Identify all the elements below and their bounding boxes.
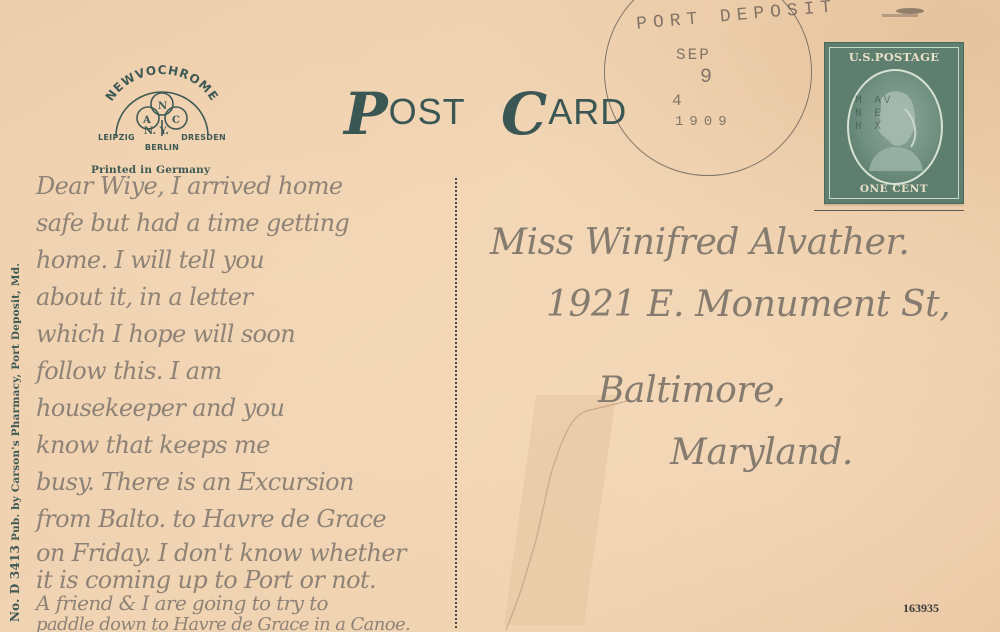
message-line: Dear Wiye, I arrived home [36, 168, 461, 205]
city-right: DRESDEN [181, 133, 226, 142]
handwritten-message: Dear Wiye, I arrived home safe but had a… [36, 168, 461, 632]
postmark-time: 4 [672, 92, 690, 110]
postmark-day: 9 [700, 66, 712, 89]
svg-text:A: A [142, 115, 151, 126]
message-line: follow this. I am [36, 353, 461, 390]
postcard-back: NEWVOCHROME N A C N. Y. LEIPZIG DRESDEN … [0, 0, 1000, 632]
message-line: which I hope will soon [36, 316, 461, 353]
svg-text:NEWVOCHROME: NEWVOCHROME [103, 64, 222, 104]
city-center: BERLIN [138, 143, 186, 152]
city-left: LEIPZIG [98, 133, 135, 142]
svg-text:C: C [172, 115, 180, 126]
monogram-subtitle: N. Y. [144, 126, 169, 137]
postmark-month: SEP [676, 46, 711, 64]
message-line: home. I will tell you [36, 242, 461, 279]
postage-stamp: U.S.POSTAGE M AVN EH X ONE CENT [824, 42, 964, 204]
crease-mark [500, 400, 640, 632]
recipient-name: Miss Winifred Alvather. [490, 222, 909, 263]
stamp-cancel-marks: M AVN EH X [855, 95, 893, 134]
message-line: paddle down to Havre de Grace in a Canoe… [36, 614, 461, 632]
publisher-logo: NEWVOCHROME N A C N. Y. LEIPZIG DRESDEN … [92, 64, 232, 176]
recipient-street: 1921 E. Monument St, [546, 284, 950, 325]
stamp-top-text: U.S.POSTAGE [825, 50, 963, 64]
svg-text:N: N [158, 101, 167, 112]
stamp-rule [814, 210, 964, 211]
message-line: from Balto. to Havre de Grace [36, 501, 461, 538]
message-line: on Friday. I don't know whether [36, 538, 461, 568]
serial-number: 163935 [903, 601, 939, 616]
stamp-bottom-text: ONE CENT [825, 183, 963, 195]
ink-smudge-icon [880, 8, 930, 18]
recipient-state: Maryland. [670, 432, 853, 473]
message-line: safe but had a time getting [36, 205, 461, 242]
message-line: know that keeps me [36, 427, 461, 464]
postmark-year: 1909 [675, 114, 733, 130]
message-line: busy. There is an Excursion [36, 464, 461, 501]
message-line: A friend & I are going to try to [36, 592, 461, 614]
recipient-city: Baltimore, [598, 370, 785, 411]
message-line: it is coming up to Port or not. [36, 568, 461, 592]
post-card-title: POST CARD [344, 80, 627, 148]
message-line: about it, in a letter [36, 279, 461, 316]
message-line: housekeeper and you [36, 390, 461, 427]
publisher-line: No. D 3413 Pub. by Carson's Pharmacy, Po… [8, 263, 22, 622]
